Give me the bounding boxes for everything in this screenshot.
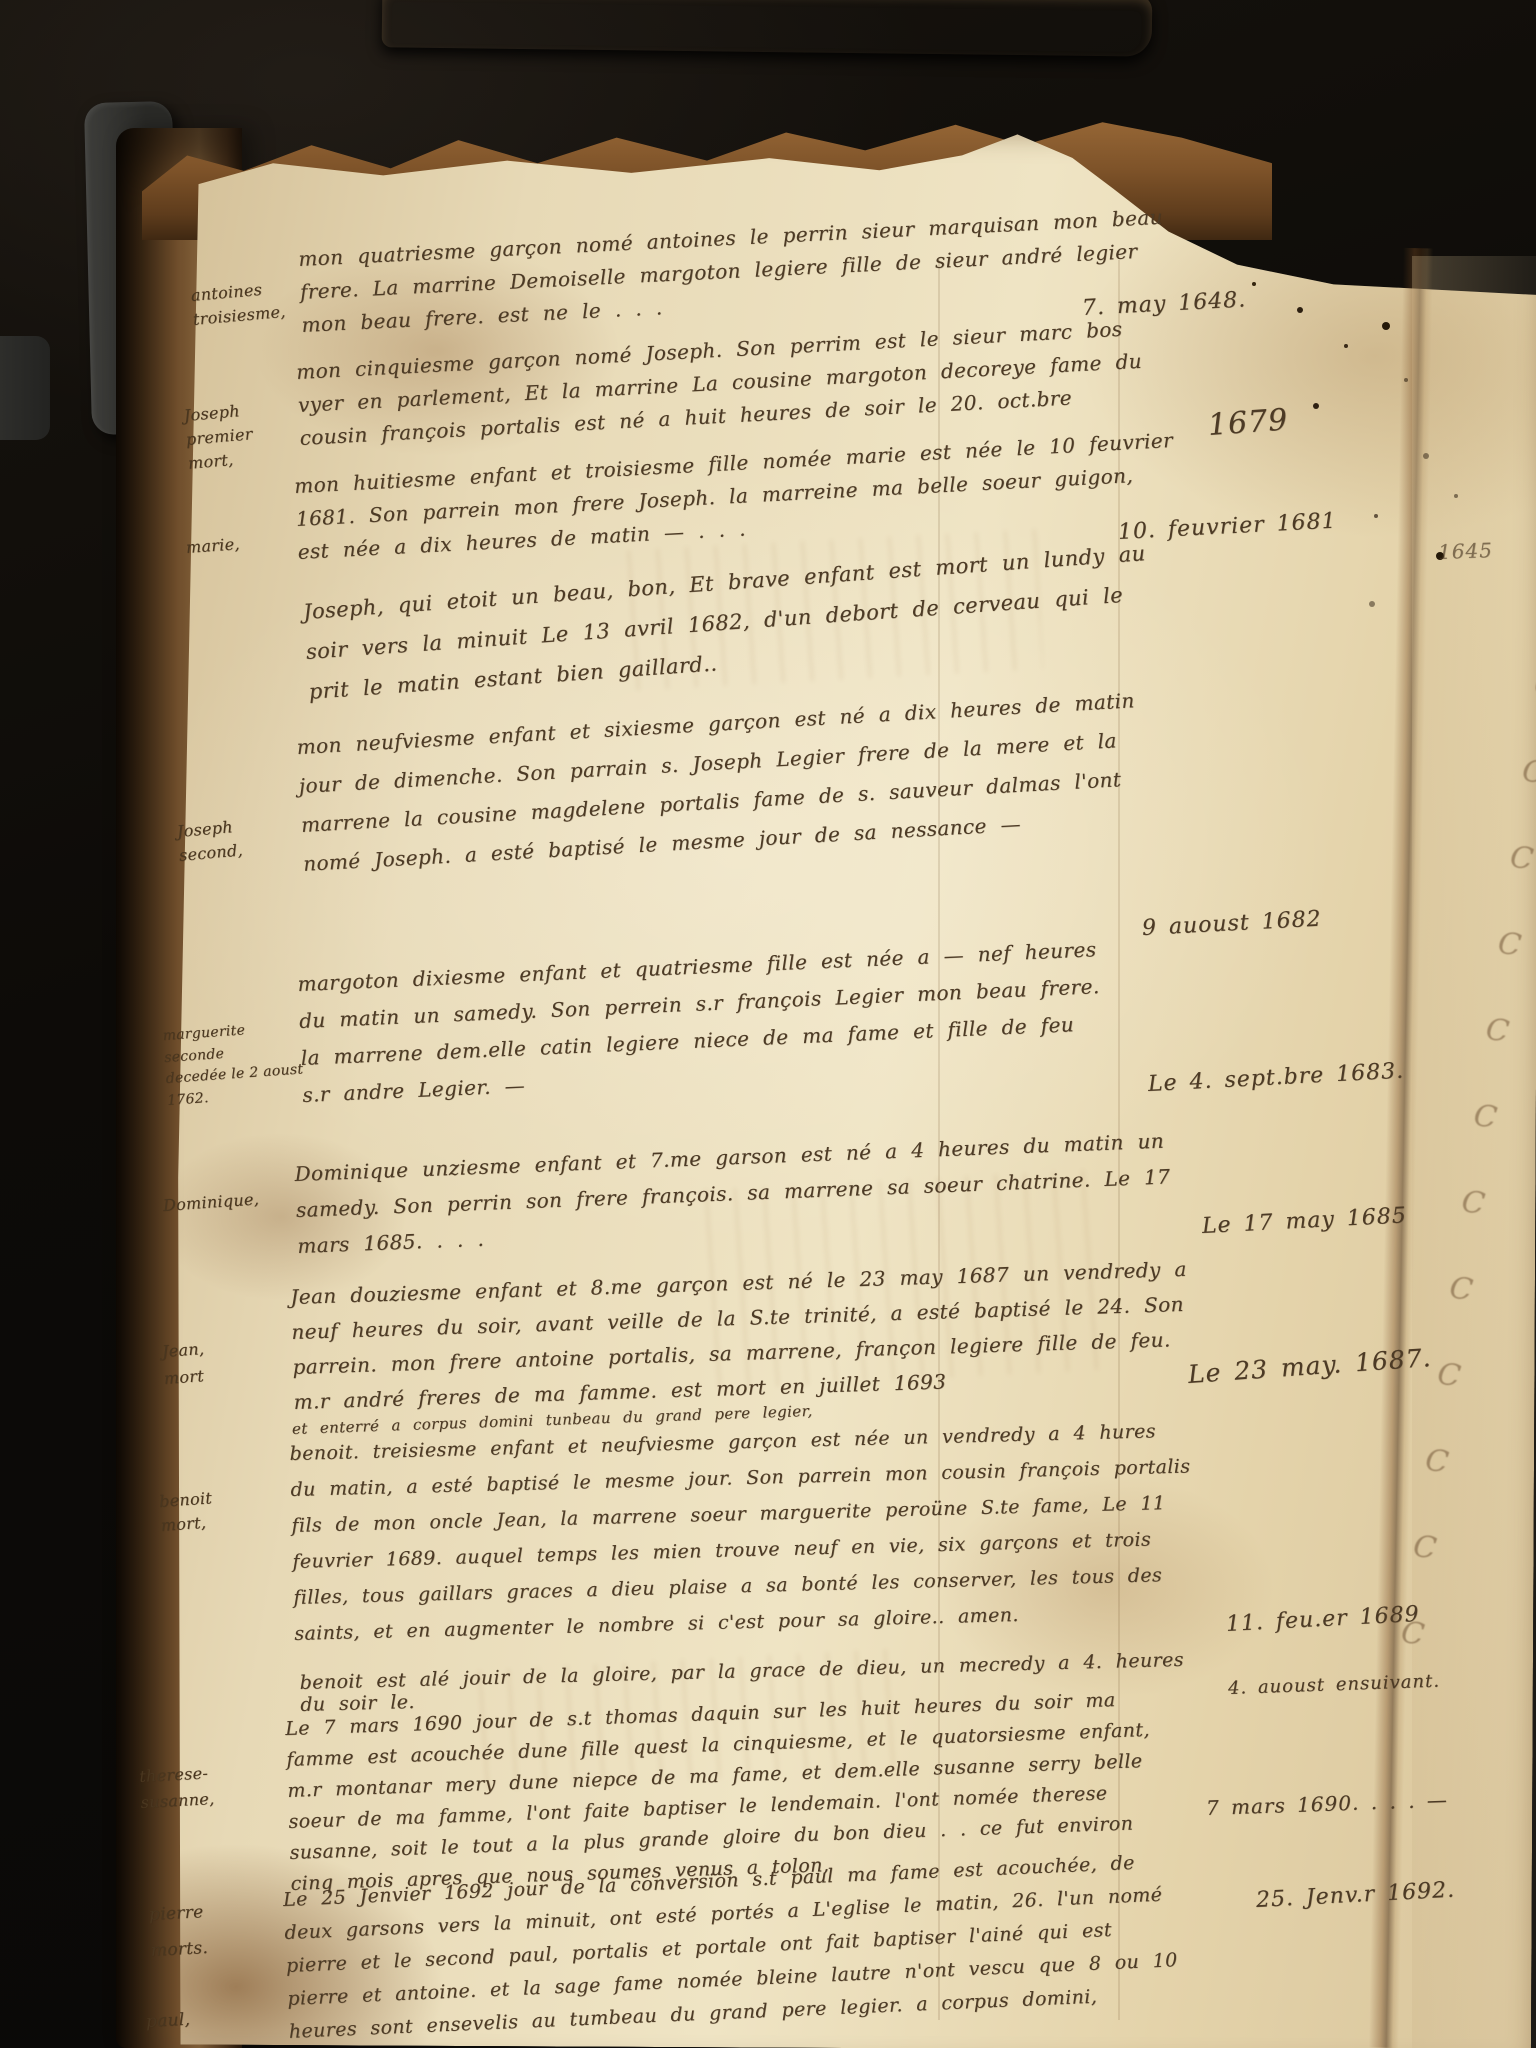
margin-note: marguerite seconde decedée le 2 aoust 17… (162, 1016, 306, 1112)
gray-object-small (0, 336, 50, 440)
margin-note: Jean, mort (161, 1335, 207, 1392)
margin-note: marie, (185, 534, 240, 557)
photo-of-register: C C C C C C C C C C C C C C C C antoines… (0, 0, 1536, 2048)
entry-date: 1679 (1207, 402, 1290, 443)
margin-note: pierre morts. (148, 1895, 209, 1969)
entry-text: Jean douziesme enfant et 8.me garçon est… (290, 1252, 1194, 1420)
margin-note: therese- susanne, (139, 1760, 215, 1815)
margin-note: benoit mort, (158, 1486, 214, 1538)
margin-note: Joseph premier mort, (183, 398, 256, 476)
far-margin-year: 1645 (1438, 538, 1494, 564)
ink-spatter (1252, 282, 1256, 286)
margin-note: paul, (145, 2010, 190, 2032)
margin-note: antoines troisiesme, (190, 276, 287, 332)
book-spine-on-desk (382, 0, 1153, 57)
margin-note: Joseph second, (176, 815, 244, 868)
entry-text: benoit. treisiesme enfant et neufviesme … (289, 1412, 1199, 1652)
